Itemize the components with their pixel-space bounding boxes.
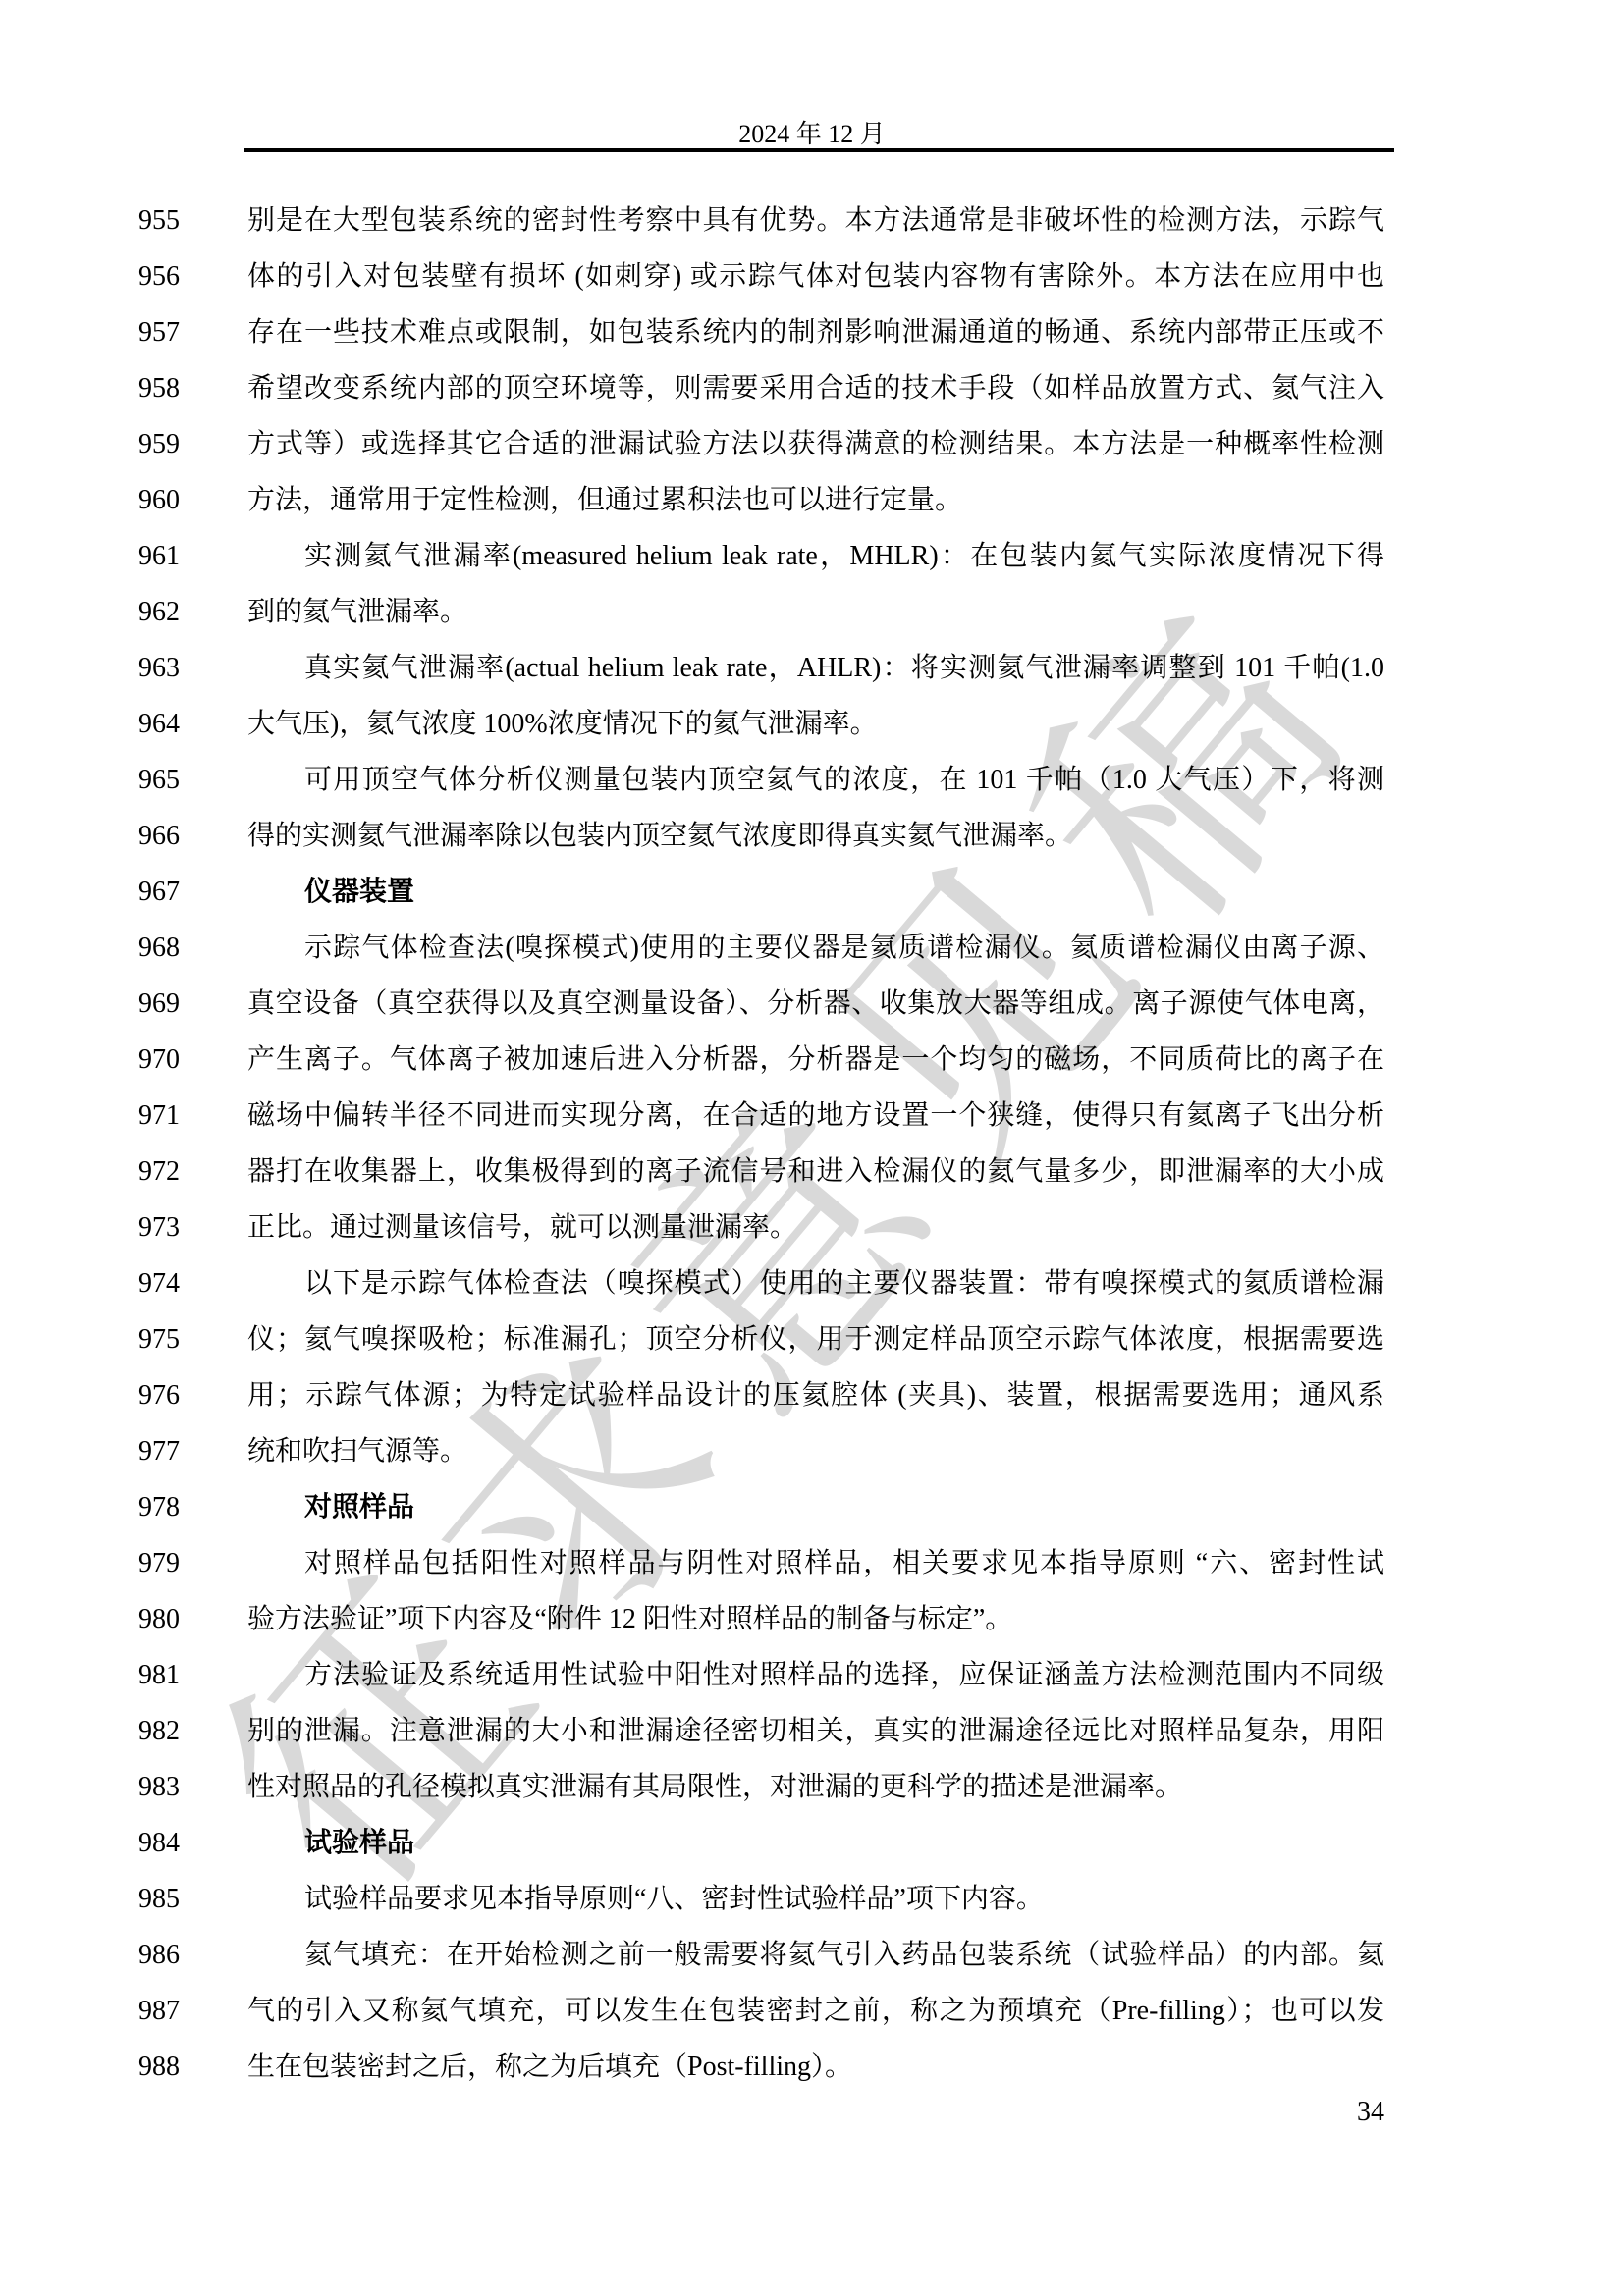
line-number: 963 xyxy=(138,640,180,696)
line-number: 982 xyxy=(138,1703,180,1759)
line-number: 975 xyxy=(138,1311,180,1367)
text-line: 985 试验样品要求见本指导原则“八、密封性试验样品”项下内容。 xyxy=(138,1871,1384,1927)
text-line: 961 实测氦气泄漏率(measured helium leak rate，MH… xyxy=(138,528,1384,584)
text-line: 987 气的引入又称氦气填充，可以发生在包装密封之前，称之为预填充（Pre-fi… xyxy=(138,1983,1384,2039)
line-number: 974 xyxy=(138,1255,180,1311)
line-number: 955 xyxy=(138,192,180,248)
line-number: 977 xyxy=(138,1423,180,1479)
text-line: 963 真实氦气泄漏率(actual helium leak rate，AHLR… xyxy=(138,640,1384,696)
line-number: 970 xyxy=(138,1032,180,1088)
line-number: 980 xyxy=(138,1591,180,1647)
text-line: 958 希望改变系统内部的顶空环境等，则需要采用合适的技术手段（如样品放置方式、… xyxy=(138,360,1384,416)
line-number: 960 xyxy=(138,472,180,528)
line-text: 示踪气体检查法(嗅探模式)使用的主要仪器是氦质谱检漏仪。氦质谱检漏仪由离子源、 xyxy=(247,920,1384,976)
line-text: 气的引入又称氦气填充，可以发生在包装密封之前，称之为预填充（Pre-fillin… xyxy=(247,1983,1384,2039)
line-text: 以下是示踪气体检查法（嗅探模式）使用的主要仪器装置：带有嗅探模式的氦质谱检漏 xyxy=(247,1255,1384,1311)
line-number: 983 xyxy=(138,1759,180,1815)
line-text: 氦气填充：在开始检测之前一般需要将氦气引入药品包装系统（试验样品）的内部。氦 xyxy=(247,1927,1384,1983)
text-line: 960 方法，通常用于定性检测，但通过累积法也可以进行定量。 xyxy=(138,472,1384,528)
line-number: 972 xyxy=(138,1144,180,1200)
text-line: 983 性对照品的孔径模拟真实泄漏有其局限性，对泄漏的更科学的描述是泄漏率。 xyxy=(138,1759,1384,1815)
line-text: 别的泄漏。注意泄漏的大小和泄漏途径密切相关，真实的泄漏途径远比对照样品复杂，用阳 xyxy=(247,1703,1384,1759)
line-text: 仪；氦气嗅探吸枪；标准漏孔；顶空分析仪，用于测定样品顶空示踪气体浓度，根据需要选 xyxy=(247,1311,1384,1367)
text-line: 984 试验样品 xyxy=(138,1815,1384,1871)
line-text: 统和吹扫气源等。 xyxy=(247,1423,1384,1479)
text-line: 967 仪器装置 xyxy=(138,864,1384,920)
line-number: 968 xyxy=(138,920,180,976)
document-body: 955 别是在大型包装系统的密封性考察中具有优势。本方法通常是非破坏性的检测方法… xyxy=(138,192,1384,2095)
line-number: 976 xyxy=(138,1367,180,1423)
text-line: 955 别是在大型包装系统的密封性考察中具有优势。本方法通常是非破坏性的检测方法… xyxy=(138,192,1384,248)
line-text: 真空设备（真空获得以及真空测量设备）、分析器、收集放大器等组成。离子源使气体电离… xyxy=(247,976,1384,1032)
text-line: 978 对照样品 xyxy=(138,1479,1384,1535)
line-number: 956 xyxy=(138,248,180,304)
line-text: 生在包装密封之后，称之为后填充（Post-filling）。 xyxy=(247,2039,1384,2095)
line-number: 961 xyxy=(138,528,180,584)
line-text: 方法，通常用于定性检测，但通过累积法也可以进行定量。 xyxy=(247,472,1384,528)
line-number: 988 xyxy=(138,2039,180,2095)
text-line: 965 可用顶空气体分析仪测量包装内顶空氦气的浓度，在 101 千帕（1.0 大… xyxy=(138,752,1384,808)
line-number: 969 xyxy=(138,976,180,1032)
line-text: 试验样品 xyxy=(247,1815,1384,1871)
line-text: 仪器装置 xyxy=(247,864,1384,920)
text-line: 964 大气压)，氦气浓度 100%浓度情况下的氦气泄漏率。 xyxy=(138,696,1384,752)
line-text: 大气压)，氦气浓度 100%浓度情况下的氦气泄漏率。 xyxy=(247,696,1384,752)
document-page: 征求意见稿 2024 年 12 月 955 别是在大型包装系统的密封性考察中具有… xyxy=(0,0,1624,2296)
text-line: 975 仪；氦气嗅探吸枪；标准漏孔；顶空分析仪，用于测定样品顶空示踪气体浓度，根… xyxy=(138,1311,1384,1367)
line-text: 验方法验证”项下内容及“附件 12 阳性对照样品的制备与标定”。 xyxy=(247,1591,1384,1647)
line-number: 959 xyxy=(138,416,180,472)
line-text: 方式等）或选择其它合适的泄漏试验方法以获得满意的检测结果。本方法是一种概率性检测 xyxy=(247,416,1384,472)
text-line: 979 对照样品包括阳性对照样品与阴性对照样品，相关要求见本指导原则 “六、密封… xyxy=(138,1535,1384,1591)
line-text: 存在一些技术难点或限制，如包装系统内的制剂影响泄漏通道的畅通、系统内部带正压或不 xyxy=(247,304,1384,360)
line-text: 到的氦气泄漏率。 xyxy=(247,584,1384,640)
line-text: 正比。通过测量该信号，就可以测量泄漏率。 xyxy=(247,1200,1384,1255)
line-number: 985 xyxy=(138,1871,180,1927)
text-line: 982 别的泄漏。注意泄漏的大小和泄漏途径密切相关，真实的泄漏途径远比对照样品复… xyxy=(138,1703,1384,1759)
text-line: 956 体的引入对包装壁有损坏 (如刺穿) 或示踪气体对包装内容物有害除外。本方… xyxy=(138,248,1384,304)
line-number: 984 xyxy=(138,1815,180,1871)
line-number: 964 xyxy=(138,696,180,752)
text-line: 972 器打在收集器上，收集极得到的离子流信号和进入检漏仪的氦气量多少，即泄漏率… xyxy=(138,1144,1384,1200)
line-text: 真实氦气泄漏率(actual helium leak rate，AHLR)：将实… xyxy=(247,640,1384,696)
line-number: 973 xyxy=(138,1200,180,1255)
text-line: 968 示踪气体检查法(嗅探模式)使用的主要仪器是氦质谱检漏仪。氦质谱检漏仪由离… xyxy=(138,920,1384,976)
line-number: 978 xyxy=(138,1479,180,1535)
line-text: 得的实测氦气泄漏率除以包装内顶空氦气浓度即得真实氦气泄漏率。 xyxy=(247,808,1384,864)
line-text: 对照样品 xyxy=(247,1479,1384,1535)
line-text: 用；示踪气体源；为特定试验样品设计的压氦腔体 (夹具)、装置，根据需要选用；通风… xyxy=(247,1367,1384,1423)
line-text: 方法验证及系统适用性试验中阳性对照样品的选择，应保证涵盖方法检测范围内不同级 xyxy=(247,1647,1384,1703)
line-text: 试验样品要求见本指导原则“八、密封性试验样品”项下内容。 xyxy=(247,1871,1384,1927)
text-line: 988 生在包装密封之后，称之为后填充（Post-filling）。 xyxy=(138,2039,1384,2095)
line-text: 体的引入对包装壁有损坏 (如刺穿) 或示踪气体对包装内容物有害除外。本方法在应用… xyxy=(247,248,1384,304)
text-line: 973 正比。通过测量该信号，就可以测量泄漏率。 xyxy=(138,1200,1384,1255)
header-date: 2024 年 12 月 xyxy=(0,114,1624,150)
line-number: 965 xyxy=(138,752,180,808)
header-rule xyxy=(244,148,1394,152)
text-line: 959 方式等）或选择其它合适的泄漏试验方法以获得满意的检测结果。本方法是一种概… xyxy=(138,416,1384,472)
line-number: 958 xyxy=(138,360,180,416)
text-line: 962 到的氦气泄漏率。 xyxy=(138,584,1384,640)
text-line: 970 产生离子。气体离子被加速后进入分析器，分析器是一个均匀的磁场，不同质荷比… xyxy=(138,1032,1384,1088)
line-number: 979 xyxy=(138,1535,180,1591)
text-line: 966 得的实测氦气泄漏率除以包装内顶空氦气浓度即得真实氦气泄漏率。 xyxy=(138,808,1384,864)
text-line: 971 磁场中偏转半径不同进而实现分离，在合适的地方设置一个狭缝，使得只有氦离子… xyxy=(138,1088,1384,1144)
line-text: 对照样品包括阳性对照样品与阴性对照样品，相关要求见本指导原则 “六、密封性试 xyxy=(247,1535,1384,1591)
line-text: 器打在收集器上，收集极得到的离子流信号和进入检漏仪的氦气量多少，即泄漏率的大小成 xyxy=(247,1144,1384,1200)
line-number: 957 xyxy=(138,304,180,360)
text-line: 986 氦气填充：在开始检测之前一般需要将氦气引入药品包装系统（试验样品）的内部… xyxy=(138,1927,1384,1983)
text-line: 957 存在一些技术难点或限制，如包装系统内的制剂影响泄漏通道的畅通、系统内部带… xyxy=(138,304,1384,360)
text-line: 980 验方法验证”项下内容及“附件 12 阳性对照样品的制备与标定”。 xyxy=(138,1591,1384,1647)
line-text: 性对照品的孔径模拟真实泄漏有其局限性，对泄漏的更科学的描述是泄漏率。 xyxy=(247,1759,1384,1815)
line-number: 967 xyxy=(138,864,180,920)
text-line: 981 方法验证及系统适用性试验中阳性对照样品的选择，应保证涵盖方法检测范围内不… xyxy=(138,1647,1384,1703)
page-number: 34 xyxy=(138,2097,1384,2128)
line-number: 986 xyxy=(138,1927,180,1983)
text-line: 974 以下是示踪气体检查法（嗅探模式）使用的主要仪器装置：带有嗅探模式的氦质谱… xyxy=(138,1255,1384,1311)
line-number: 971 xyxy=(138,1088,180,1144)
line-number: 962 xyxy=(138,584,180,640)
line-text: 实测氦气泄漏率(measured helium leak rate，MHLR)：… xyxy=(247,528,1384,584)
text-line: 969 真空设备（真空获得以及真空测量设备）、分析器、收集放大器等组成。离子源使… xyxy=(138,976,1384,1032)
line-number: 987 xyxy=(138,1983,180,2039)
line-number: 981 xyxy=(138,1647,180,1703)
line-text: 产生离子。气体离子被加速后进入分析器，分析器是一个均匀的磁场，不同质荷比的离子在 xyxy=(247,1032,1384,1088)
text-line: 976 用；示踪气体源；为特定试验样品设计的压氦腔体 (夹具)、装置，根据需要选… xyxy=(138,1367,1384,1423)
line-text: 希望改变系统内部的顶空环境等，则需要采用合适的技术手段（如样品放置方式、氦气注入 xyxy=(247,360,1384,416)
text-line: 977 统和吹扫气源等。 xyxy=(138,1423,1384,1479)
line-text: 别是在大型包装系统的密封性考察中具有优势。本方法通常是非破坏性的检测方法，示踪气 xyxy=(247,192,1384,248)
line-text: 磁场中偏转半径不同进而实现分离，在合适的地方设置一个狭缝，使得只有氦离子飞出分析 xyxy=(247,1088,1384,1144)
line-number: 966 xyxy=(138,808,180,864)
line-text: 可用顶空气体分析仪测量包装内顶空氦气的浓度，在 101 千帕（1.0 大气压）下… xyxy=(247,752,1384,808)
